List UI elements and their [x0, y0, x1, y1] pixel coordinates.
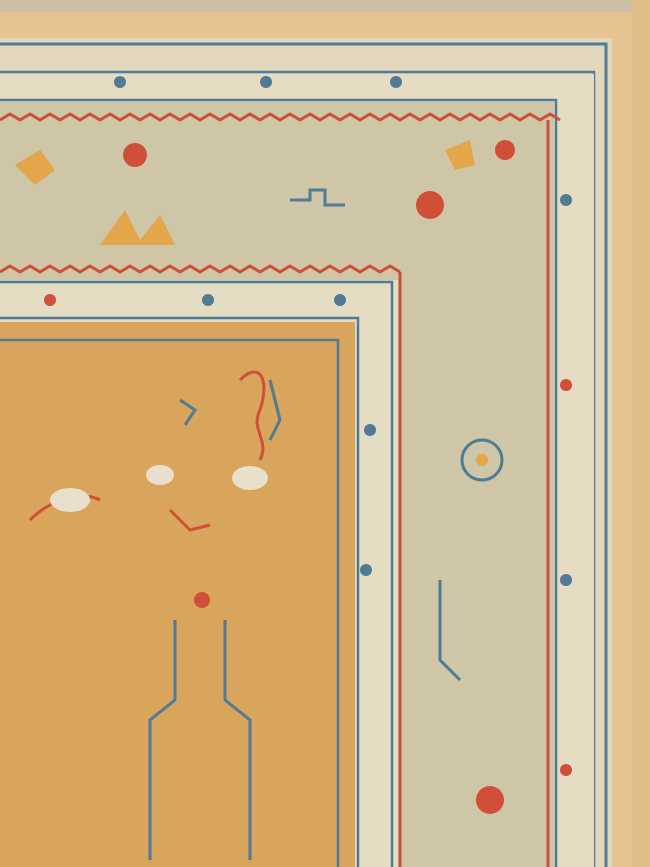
- rug-illustration: [0, 0, 650, 867]
- rug-photo: [0, 0, 650, 867]
